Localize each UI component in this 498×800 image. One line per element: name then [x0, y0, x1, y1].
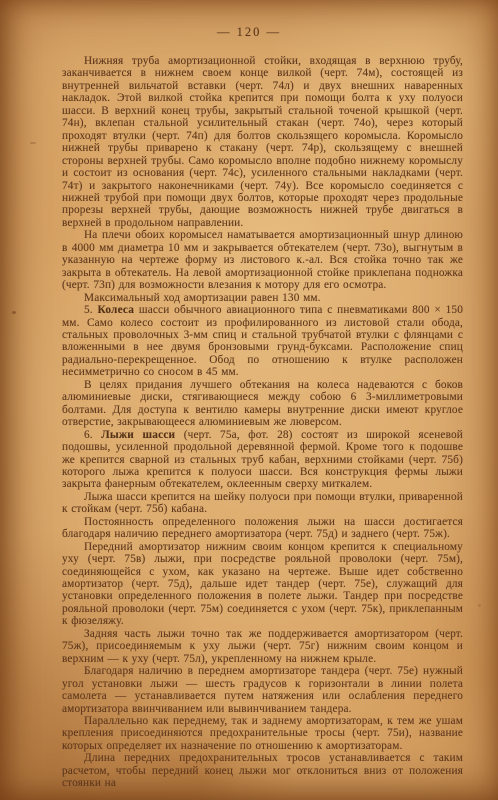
paragraph: Задняя часть лыжи точно так же поддержив…: [62, 628, 463, 665]
page-text: Нижняя труба амортизационной стойки, вхо…: [62, 55, 463, 790]
paragraph: Нижняя труба амортизационной стойки, вхо…: [62, 55, 463, 229]
paragraph: Благодаря наличию в переднем амортизатор…: [62, 665, 463, 715]
paper-speck: [12, 311, 16, 314]
paragraph: Параллельно как переднему, так и заднему…: [62, 715, 463, 752]
paragraph: На плечи обоих коромысел наматывается ам…: [62, 229, 463, 291]
paper-speck: [300, 770, 305, 773]
paper-speck: [478, 604, 481, 607]
paragraph: 5. Колеса шасси обычного авиационного ти…: [62, 304, 463, 379]
paragraph-bold-lead: Лыжи шасси: [101, 429, 175, 441]
paper-speck: [30, 142, 36, 144]
paragraph-bold-lead: Колеса: [98, 304, 135, 316]
paragraph: Лыжа шасси крепится на шейку полуоси при…: [62, 491, 463, 516]
paragraph: Длина передних предохранительных тросов …: [62, 752, 463, 789]
paragraph: В целях придания лучшего обтекания на ко…: [62, 379, 463, 429]
book-page: — 120 — Нижняя труба амортизационной сто…: [0, 0, 498, 800]
paragraph: Максимальный ход амортизации равен 130 м…: [62, 292, 463, 304]
paragraph: Постоянность определенного положения лыж…: [62, 516, 463, 541]
paragraph: 6. Лыжи шасси (черт. 75а, фот. 28) состо…: [62, 429, 463, 491]
paragraph: Передний амортизатор нижним своим концом…: [62, 541, 463, 628]
page-number: — 120 —: [0, 25, 498, 40]
